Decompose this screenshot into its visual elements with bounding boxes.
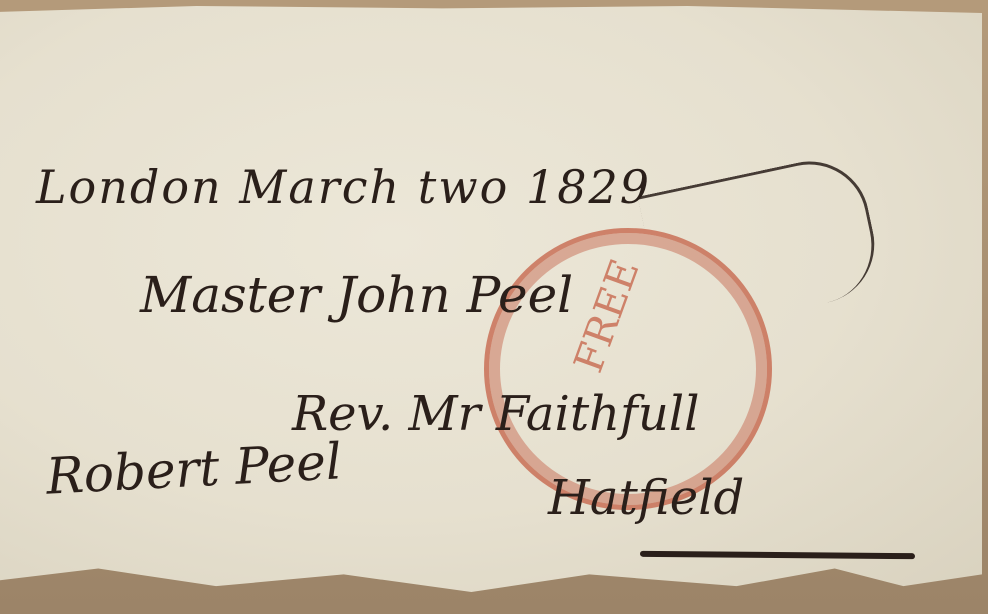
handwriting-date-line: London March two 1829 xyxy=(36,160,651,214)
handwriting-town: Hatfield xyxy=(548,470,744,526)
handwriting-care-of: Rev. Mr Faithfull xyxy=(292,386,699,442)
handwriting-recipient: Master John Peel xyxy=(140,266,573,324)
postmark-text: FREE xyxy=(566,253,649,378)
